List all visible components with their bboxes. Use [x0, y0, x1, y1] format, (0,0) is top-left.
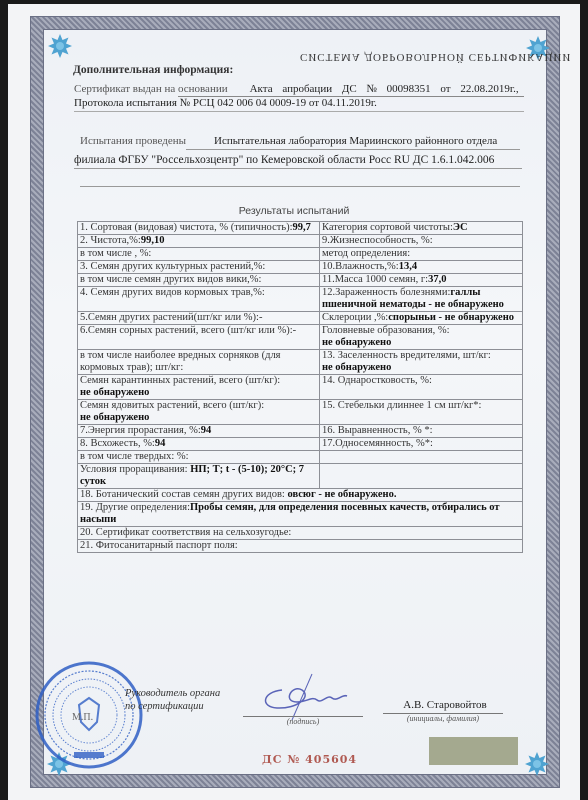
result-cell-left: 8. Всхожесть, %:94 — [78, 438, 320, 451]
result-value: 99,10 — [141, 235, 165, 246]
table-row: 7.Энергия прорастания, %:9416. Выравненн… — [78, 425, 523, 438]
results-title: Результаты испытаний — [0, 205, 588, 218]
result-label: 5.Семян других растений(шт/кг или %):- — [80, 312, 262, 323]
result-cell-right: метод определения: — [319, 248, 522, 261]
signer-role-line2: по сертификации — [125, 700, 220, 713]
result-value: 94 — [155, 438, 166, 449]
result-label: в том числе наиболее вредных сорняков (д… — [80, 350, 281, 373]
result-label: 10.Влажность,%: — [322, 261, 399, 272]
result-cell-full: 19. Другие определения:Пробы семян, для … — [78, 502, 523, 527]
tested-by-value-line1: Испытательная лаборатория Мариинского ра… — [214, 135, 497, 147]
handwritten-signature — [252, 662, 362, 722]
result-cell-left: в том числе наиболее вредных сорняков (д… — [78, 350, 320, 375]
result-label: Семян карантинных растений, всего (шт/кг… — [80, 375, 280, 386]
result-value: не обнаружено — [80, 412, 149, 423]
result-cell-full: 18. Ботанический состав семян других вид… — [78, 489, 523, 502]
table-row-full: 20. Сертификат соответствия на сельхозуг… — [78, 527, 523, 540]
result-cell-right: 14. Однаростковость, %: — [319, 375, 522, 400]
result-label: Условия проращивания: — [80, 464, 190, 475]
result-label: в том числе , %: — [80, 248, 151, 259]
results-table: 1. Сортовая (видовая) чистота, % (типичн… — [77, 221, 523, 553]
result-label: 1. Сортовая (видовая) чистота, % (типичн… — [80, 222, 293, 233]
result-label: Головневые образования, %: — [322, 325, 450, 336]
result-label: Склероции ,%: — [322, 312, 388, 323]
result-label: 12.Зараженность болезнями: — [322, 287, 450, 298]
corner-star-icon — [48, 34, 72, 58]
corner-star-icon — [525, 752, 549, 776]
table-row-full: 18. Ботанический состав семян других вид… — [78, 489, 523, 502]
table-row: Семян карантинных растений, всего (шт/кг… — [78, 375, 523, 400]
basis-value-line2: Протокола испытания № РСЦ 042 006 04 000… — [74, 97, 377, 110]
table-row: Условия проращивания: НП; Т; t - (5-10);… — [78, 464, 523, 489]
result-value: не обнаружено — [322, 337, 391, 348]
result-label: 17.Односемянность, %*: — [322, 438, 433, 449]
table-row-full: 21. Фитосанитарный паспорт поля: — [78, 540, 523, 553]
result-label: 7.Энергия прорастания, %: — [80, 425, 201, 436]
additional-info-title: Дополнительная информация: — [73, 64, 233, 77]
serial-number: ДС № 405604 — [262, 753, 357, 766]
result-label: 4. Семян других видов кормовых трав,%: — [80, 287, 265, 298]
signature-caption: (подпись) — [243, 717, 363, 726]
result-cell-left: 2. Чистота,%:99,10 — [78, 235, 320, 248]
result-value: 94 — [201, 425, 212, 436]
table-row: в том числе семян других видов вики,%:11… — [78, 274, 523, 287]
table-row-full: 19. Другие определения:Пробы семян, для … — [78, 502, 523, 527]
table-row: 5.Семян других растений(шт/кг или %):-Ск… — [78, 312, 523, 325]
result-cell-right: 11.Масса 1000 семян, г:37,0 — [319, 274, 522, 287]
result-cell-left: Семян карантинных растений, всего (шт/кг… — [78, 375, 320, 400]
result-label: Категория сортовой чистоты: — [322, 222, 453, 233]
result-value: не обнаружено — [80, 387, 149, 398]
table-row: 3. Семян других культурных растений,%:10… — [78, 261, 523, 274]
seal-placeholder-label: М.П. — [72, 711, 93, 724]
basis-row: Сертификат выдан на основанииАкта апроба… — [74, 83, 524, 96]
hologram-sticker — [429, 737, 518, 765]
tested-by-row: Испытания проведеныИспытательная лаборат… — [80, 135, 520, 148]
result-value: не обнаружено — [322, 362, 391, 373]
result-label: 6.Семян сорных растений, всего (шт/кг ил… — [80, 325, 296, 336]
basis-value-line1: Акта апробации ДС № 00098351 от 22.08.20… — [250, 83, 519, 96]
result-label: 3. Семян других культурных растений,%: — [80, 261, 265, 272]
result-cell-full: 21. Фитосанитарный паспорт поля: — [78, 540, 523, 553]
result-label: 19. Другие определения: — [80, 502, 190, 513]
result-label: в том числе твердых: %: — [80, 451, 189, 462]
basis-underline-2 — [74, 111, 524, 112]
blank-underline — [80, 186, 520, 187]
table-row: 8. Всхожесть, %:9417.Односемянность, %*: — [78, 438, 523, 451]
table-row: 4. Семян других видов кормовых трав,%:12… — [78, 287, 523, 312]
result-cell-full: 20. Сертификат соответствия на сельхозуг… — [78, 527, 523, 540]
table-row: в том числе , %:метод определения: — [78, 248, 523, 261]
result-value: овсюг - не обнаружено. — [287, 489, 396, 500]
result-cell-left: 5.Семян других растений(шт/кг или %):- — [78, 312, 320, 325]
result-label: 14. Однаростковость, %: — [322, 375, 432, 386]
result-value: 99,7 — [293, 222, 311, 233]
result-cell-right: 13. Заселенность вредителями, шт/кг:не о… — [319, 350, 522, 375]
result-cell-right: 15. Стебельки длиннее 1 см шт/кг*: — [319, 400, 522, 425]
table-row: 2. Чистота,%:99,109.Жизнеспособность, %: — [78, 235, 523, 248]
signer-role: Руководитель органа по сертификации — [125, 687, 220, 713]
result-label: 2. Чистота,%: — [80, 235, 141, 246]
result-cell-left: 3. Семян других культурных растений,%: — [78, 261, 320, 274]
result-label: Семян ядовитых растений, всего (шт/кг): — [80, 400, 264, 411]
result-cell-right: 16. Выравненность, % *: — [319, 425, 522, 438]
result-cell-left: в том числе семян других видов вики,%: — [78, 274, 320, 287]
result-cell-left: Семян ядовитых растений, всего (шт/кг):н… — [78, 400, 320, 425]
result-cell-right: Склероции ,%:спорыньи - не обнаружено — [319, 312, 522, 325]
tested-by-value-line2: филиала ФГБУ "Россельхозцентр" по Кемеро… — [74, 154, 494, 167]
result-cell-left: 1. Сортовая (видовая) чистота, % (типичн… — [78, 222, 320, 235]
result-cell-left: в том числе , %: — [78, 248, 320, 261]
result-label: 18. Ботанический состав семян других вид… — [80, 489, 287, 500]
result-label: 8. Всхожесть, %: — [80, 438, 155, 449]
signer-name: А.В. Старовойтов — [390, 699, 500, 712]
result-value: спорыньи - не обнаружено — [388, 312, 514, 323]
background-watermark: СИСТЕМА ДОБРОВОЛЬНОЙ СЕРТИФИКАЦИИ — [300, 50, 571, 63]
basis-label: Сертификат выдан на основании — [74, 83, 228, 95]
result-label: метод определения: — [322, 248, 410, 259]
result-value: ЭС — [453, 222, 468, 233]
result-label: 16. Выравненность, % *: — [322, 425, 433, 436]
result-label: 20. Сертификат соответствия на сельхозуг… — [80, 527, 291, 538]
signer-role-line1: Руководитель органа — [125, 687, 220, 700]
result-label: 9.Жизнеспособность, %: — [322, 235, 433, 246]
table-row: 6.Семян сорных растений, всего (шт/кг ил… — [78, 325, 523, 350]
signer-caption: (инициалы, фамилия) — [383, 714, 503, 723]
result-label: 15. Стебельки длиннее 1 см шт/кг*: — [322, 400, 481, 411]
result-cell-right: Категория сортовой чистоты:ЭС — [319, 222, 522, 235]
result-cell-right: 9.Жизнеспособность, %: — [319, 235, 522, 248]
result-value: 13,4 — [399, 261, 417, 272]
result-cell-right: Головневые образования, %:не обнаружено — [319, 325, 522, 350]
result-cell-right — [319, 451, 522, 464]
result-cell-left: Условия проращивания: НП; Т; t - (5-10);… — [78, 464, 320, 489]
result-cell-right: 10.Влажность,%:13,4 — [319, 261, 522, 274]
result-label: в том числе семян других видов вики,%: — [80, 274, 261, 285]
result-cell-left: в том числе твердых: %: — [78, 451, 320, 464]
result-label: 13. Заселенность вредителями, шт/кг: — [322, 350, 491, 361]
result-cell-left: 7.Энергия прорастания, %:94 — [78, 425, 320, 438]
result-cell-right — [319, 464, 522, 489]
table-row: в том числе наиболее вредных сорняков (д… — [78, 350, 523, 375]
table-row: в том числе твердых: %: — [78, 451, 523, 464]
result-label: 11.Масса 1000 семян, г: — [322, 274, 428, 285]
tested-by-underline-2 — [74, 168, 522, 169]
table-row: 1. Сортовая (видовая) чистота, % (типичн… — [78, 222, 523, 235]
result-cell-left: 4. Семян других видов кормовых трав,%: — [78, 287, 320, 312]
result-cell-right: 17.Односемянность, %*: — [319, 438, 522, 451]
result-label: 21. Фитосанитарный паспорт поля: — [80, 540, 238, 551]
tested-by-underline — [186, 149, 520, 150]
table-row: Семян ядовитых растений, всего (шт/кг):н… — [78, 400, 523, 425]
result-cell-right: 12.Зараженность болезнями:галлы пшенично… — [319, 287, 522, 312]
result-cell-left: 6.Семян сорных растений, всего (шт/кг ил… — [78, 325, 320, 350]
tested-by-label: Испытания проведены — [80, 135, 186, 147]
result-value: 37,0 — [428, 274, 446, 285]
